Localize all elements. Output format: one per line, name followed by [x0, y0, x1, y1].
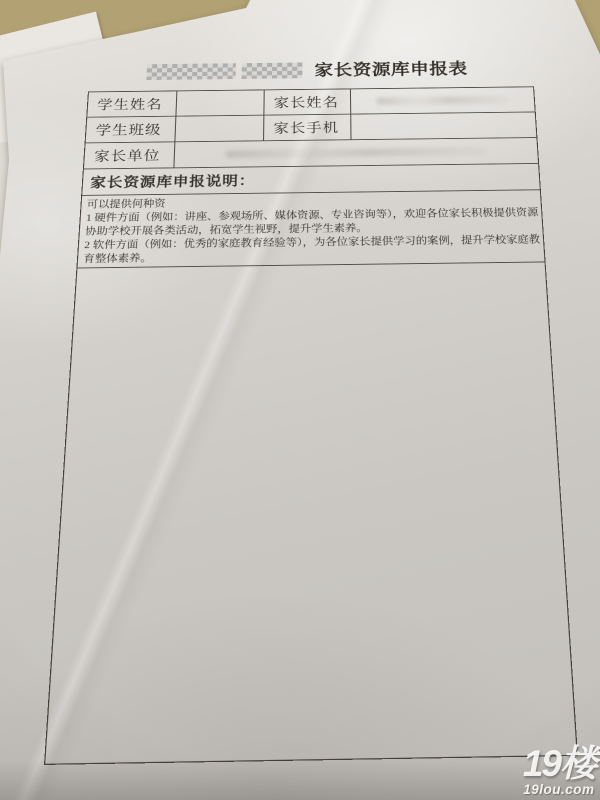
table-row: 可以提供何种资 1 硬件方面（例如：讲座、参观场所、媒体资源、专业咨询等），欢迎…	[78, 189, 545, 267]
form-table: 学生姓名 家长姓名 学生班级 家长手机 家长单位 家长资源库申报说明： 可以提供	[44, 86, 578, 765]
parent-phone-value	[350, 112, 536, 139]
19lou-domain: 19lou.com	[523, 783, 595, 797]
instructions-text: 可以提供何种资 1 硬件方面（例如：讲座、参观场所、媒体资源、专业咨询等），欢迎…	[78, 190, 545, 267]
student-class-value	[174, 116, 263, 142]
form-title-row: 家长资源库申报表	[146, 57, 468, 82]
parent-employer-label: 家长单位	[84, 142, 174, 168]
student-name-label: 学生姓名	[87, 91, 176, 116]
form-content: 家长资源库申报表 学生姓名 家长姓名 学生班级 家长手机 家长单位 家长资源库申…	[44, 55, 578, 765]
ink-bleed-smudge	[226, 147, 487, 158]
redaction-mosaic	[242, 62, 303, 78]
empty-response-area	[45, 261, 576, 763]
student-class-label: 学生班级	[86, 117, 176, 143]
parent-name-label: 家长姓名	[263, 89, 350, 114]
19lou-logo: 19楼	[523, 745, 595, 782]
student-name-value	[175, 90, 263, 115]
form-title: 家长资源库申报表	[314, 57, 468, 80]
ink-bleed-smudge	[377, 96, 509, 105]
parent-phone-label: 家长手机	[263, 115, 350, 141]
redaction-mosaic	[146, 63, 235, 80]
empty-response-cell	[45, 262, 576, 763]
photo-of-paper-form: 家长资源库申报表 学生姓名 家长姓名 学生班级 家长手机 家长单位 家长资源库申…	[0, 0, 600, 800]
19lou-watermark: 19楼 19lou.com	[523, 745, 595, 797]
parent-name-value	[350, 87, 535, 114]
